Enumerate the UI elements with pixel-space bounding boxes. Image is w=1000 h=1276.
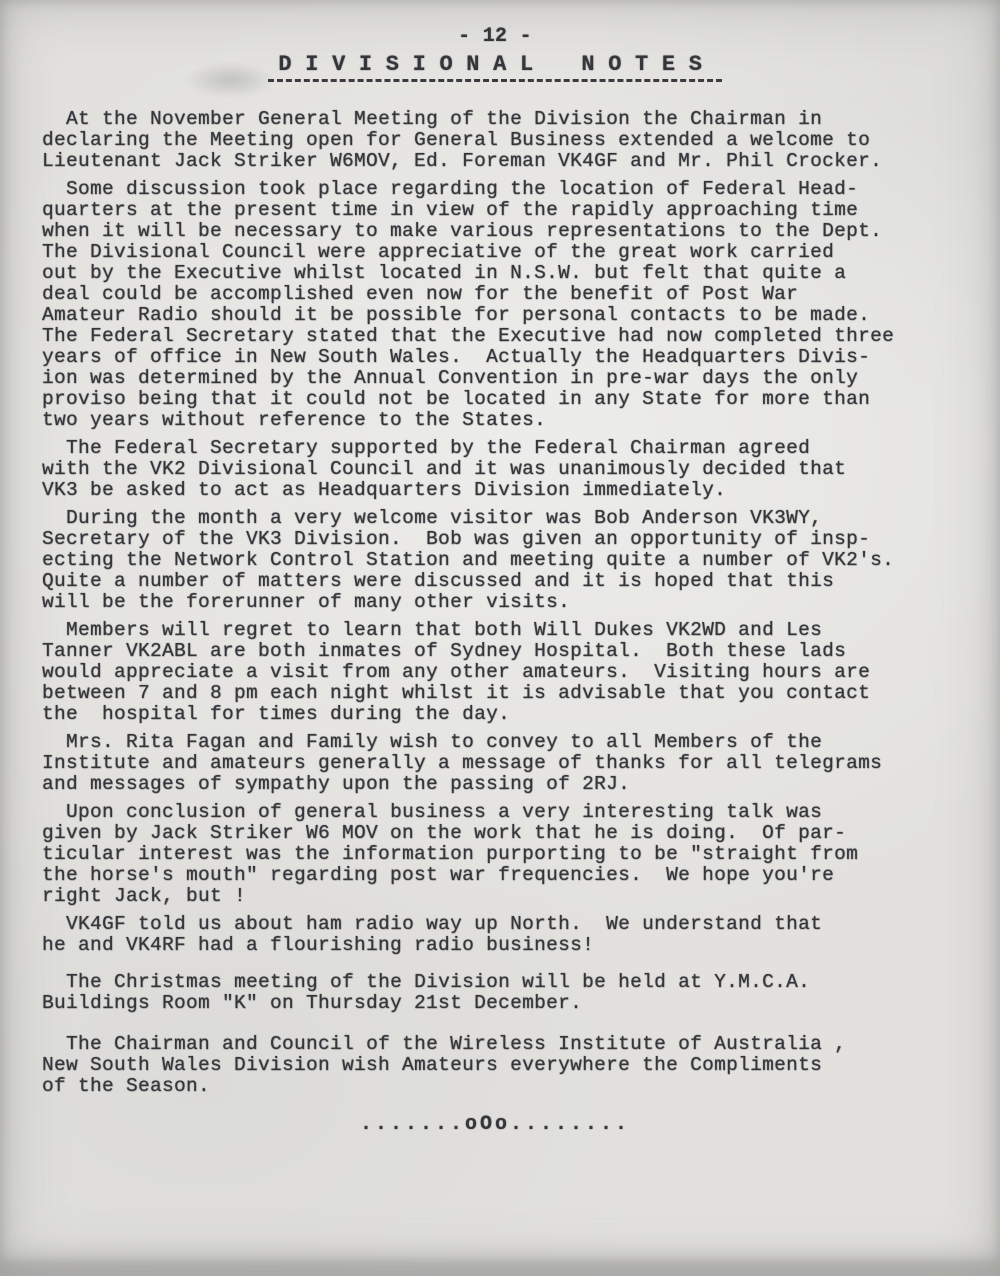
document-page: - 12 - DIVISIONAL NOTES At the November …: [0, 0, 1000, 1276]
paragraph: Some discussion took place regarding the…: [42, 179, 948, 431]
paragraph: VK4GF told us about ham radio way up Nor…: [42, 914, 948, 956]
page-title: DIVISIONAL NOTES: [268, 53, 721, 82]
paragraph: Members will regret to learn that both W…: [42, 620, 948, 725]
page-content: - 12 - DIVISIONAL NOTES At the November …: [0, 0, 1000, 1135]
end-ornament: .......oOo........: [42, 1114, 948, 1135]
paragraph: Upon conclusion of general business a ve…: [42, 802, 948, 907]
paragraph: At the November General Meeting of the D…: [42, 109, 948, 172]
paragraph: The Christmas meeting of the Division wi…: [42, 972, 948, 1014]
paragraph: Mrs. Rita Fagan and Family wish to conve…: [42, 732, 948, 795]
title-row: DIVISIONAL NOTES: [42, 53, 948, 82]
paragraph: The Federal Secretary supported by the F…: [42, 438, 948, 501]
paragraph: The Chairman and Council of the Wireless…: [42, 1034, 948, 1097]
paragraph: During the month a very welcome visitor …: [42, 508, 948, 613]
page-number: - 12 -: [42, 26, 948, 48]
